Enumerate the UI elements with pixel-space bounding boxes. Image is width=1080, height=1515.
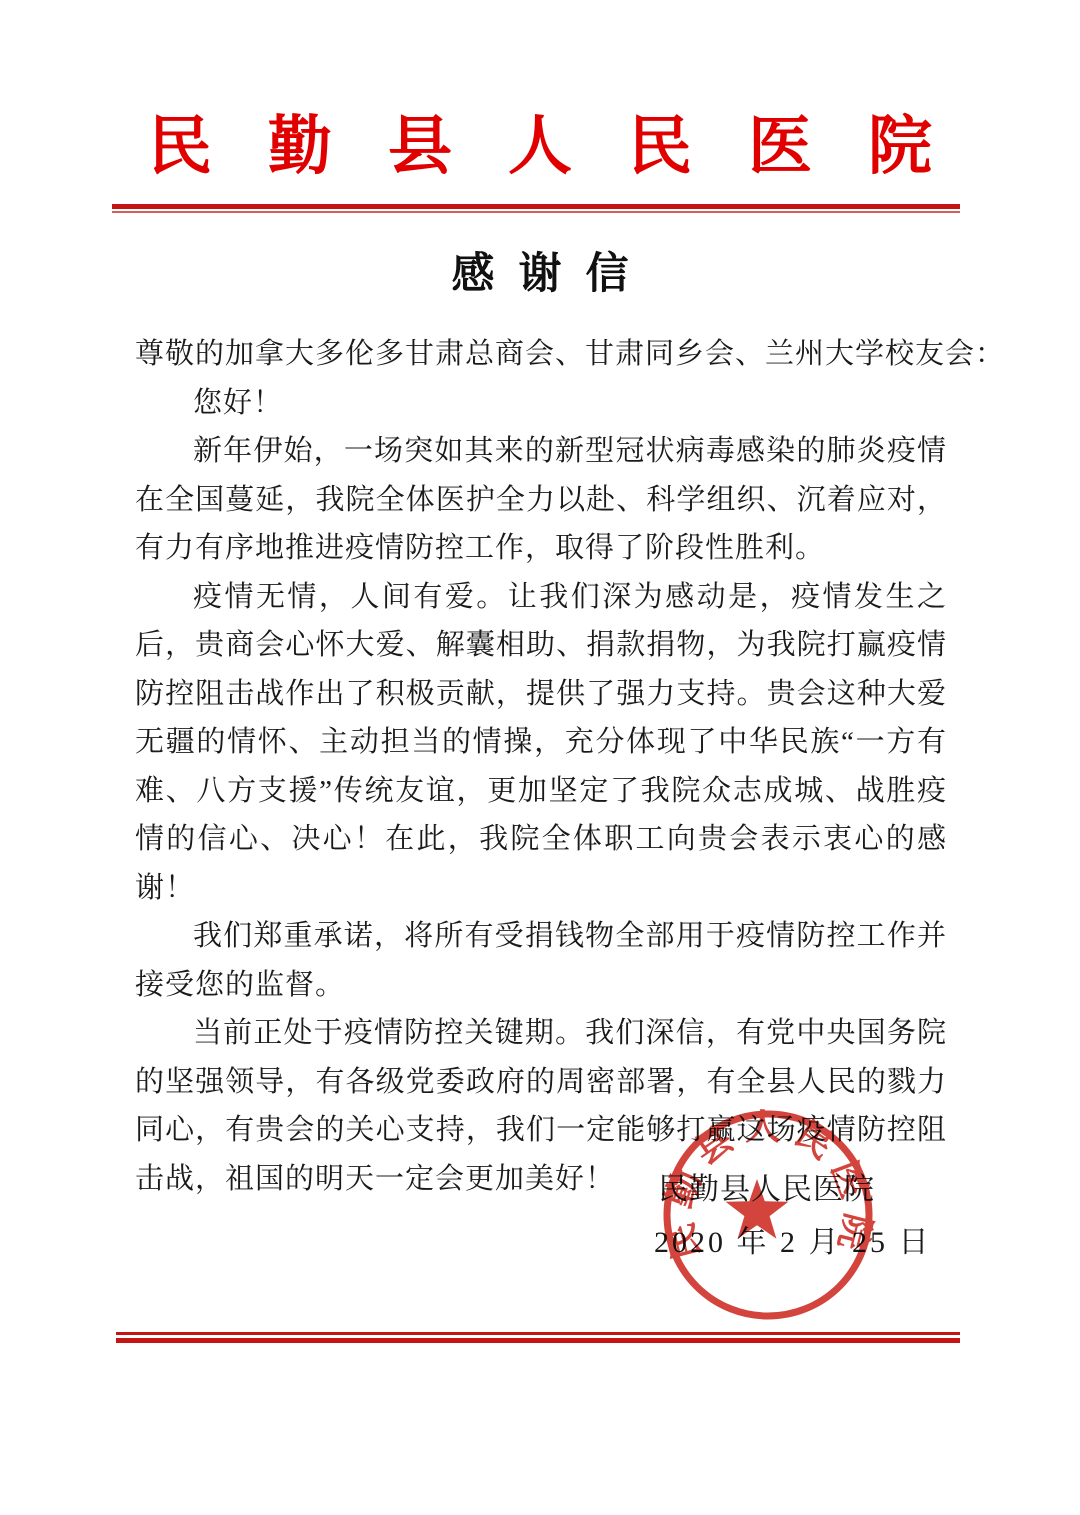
salutation: 尊敬的加拿大多伦多甘肃总商会、甘肃同乡会、兰州大学校友会： (135, 330, 947, 379)
hospital-name-heading: 民勤县人民医院 (0, 112, 1080, 182)
letter-paragraph: 新年伊始，一场突如其来的新型冠状病毒感染的肺炎疫情在全国蔓延，我院全体医护全力以… (135, 427, 947, 573)
greeting: 您好！ (135, 379, 947, 428)
letter-paragraph: 疫情无情，人间有爱。让我们深为感动是，疫情发生之后，贵商会心怀大爱、解囊相助、捐… (135, 573, 947, 913)
footer-divider (116, 1332, 960, 1343)
letter-title: 感谢信 (0, 250, 1080, 299)
letter-page: 民勤县人民医院 感谢信 尊敬的加拿大多伦多甘肃总商会、甘肃同乡会、兰州大学校友会… (0, 0, 1080, 1515)
header-divider (112, 204, 960, 213)
red-star-icon (726, 1179, 789, 1239)
seal-text-container: 民勤县人民医院 (658, 1107, 879, 1264)
letter-body: 尊敬的加拿大多伦多甘肃总商会、甘肃同乡会、兰州大学校友会： 您好！ 新年伊始，一… (135, 330, 947, 1203)
letter-paragraph: 我们郑重承诺，将所有受捐钱物全部用于疫情防控工作并接受您的监督。 (135, 912, 947, 1009)
seal-text: 民勤县人民医院 (658, 1107, 879, 1264)
official-seal: 民勤县人民医院 (638, 1085, 898, 1345)
